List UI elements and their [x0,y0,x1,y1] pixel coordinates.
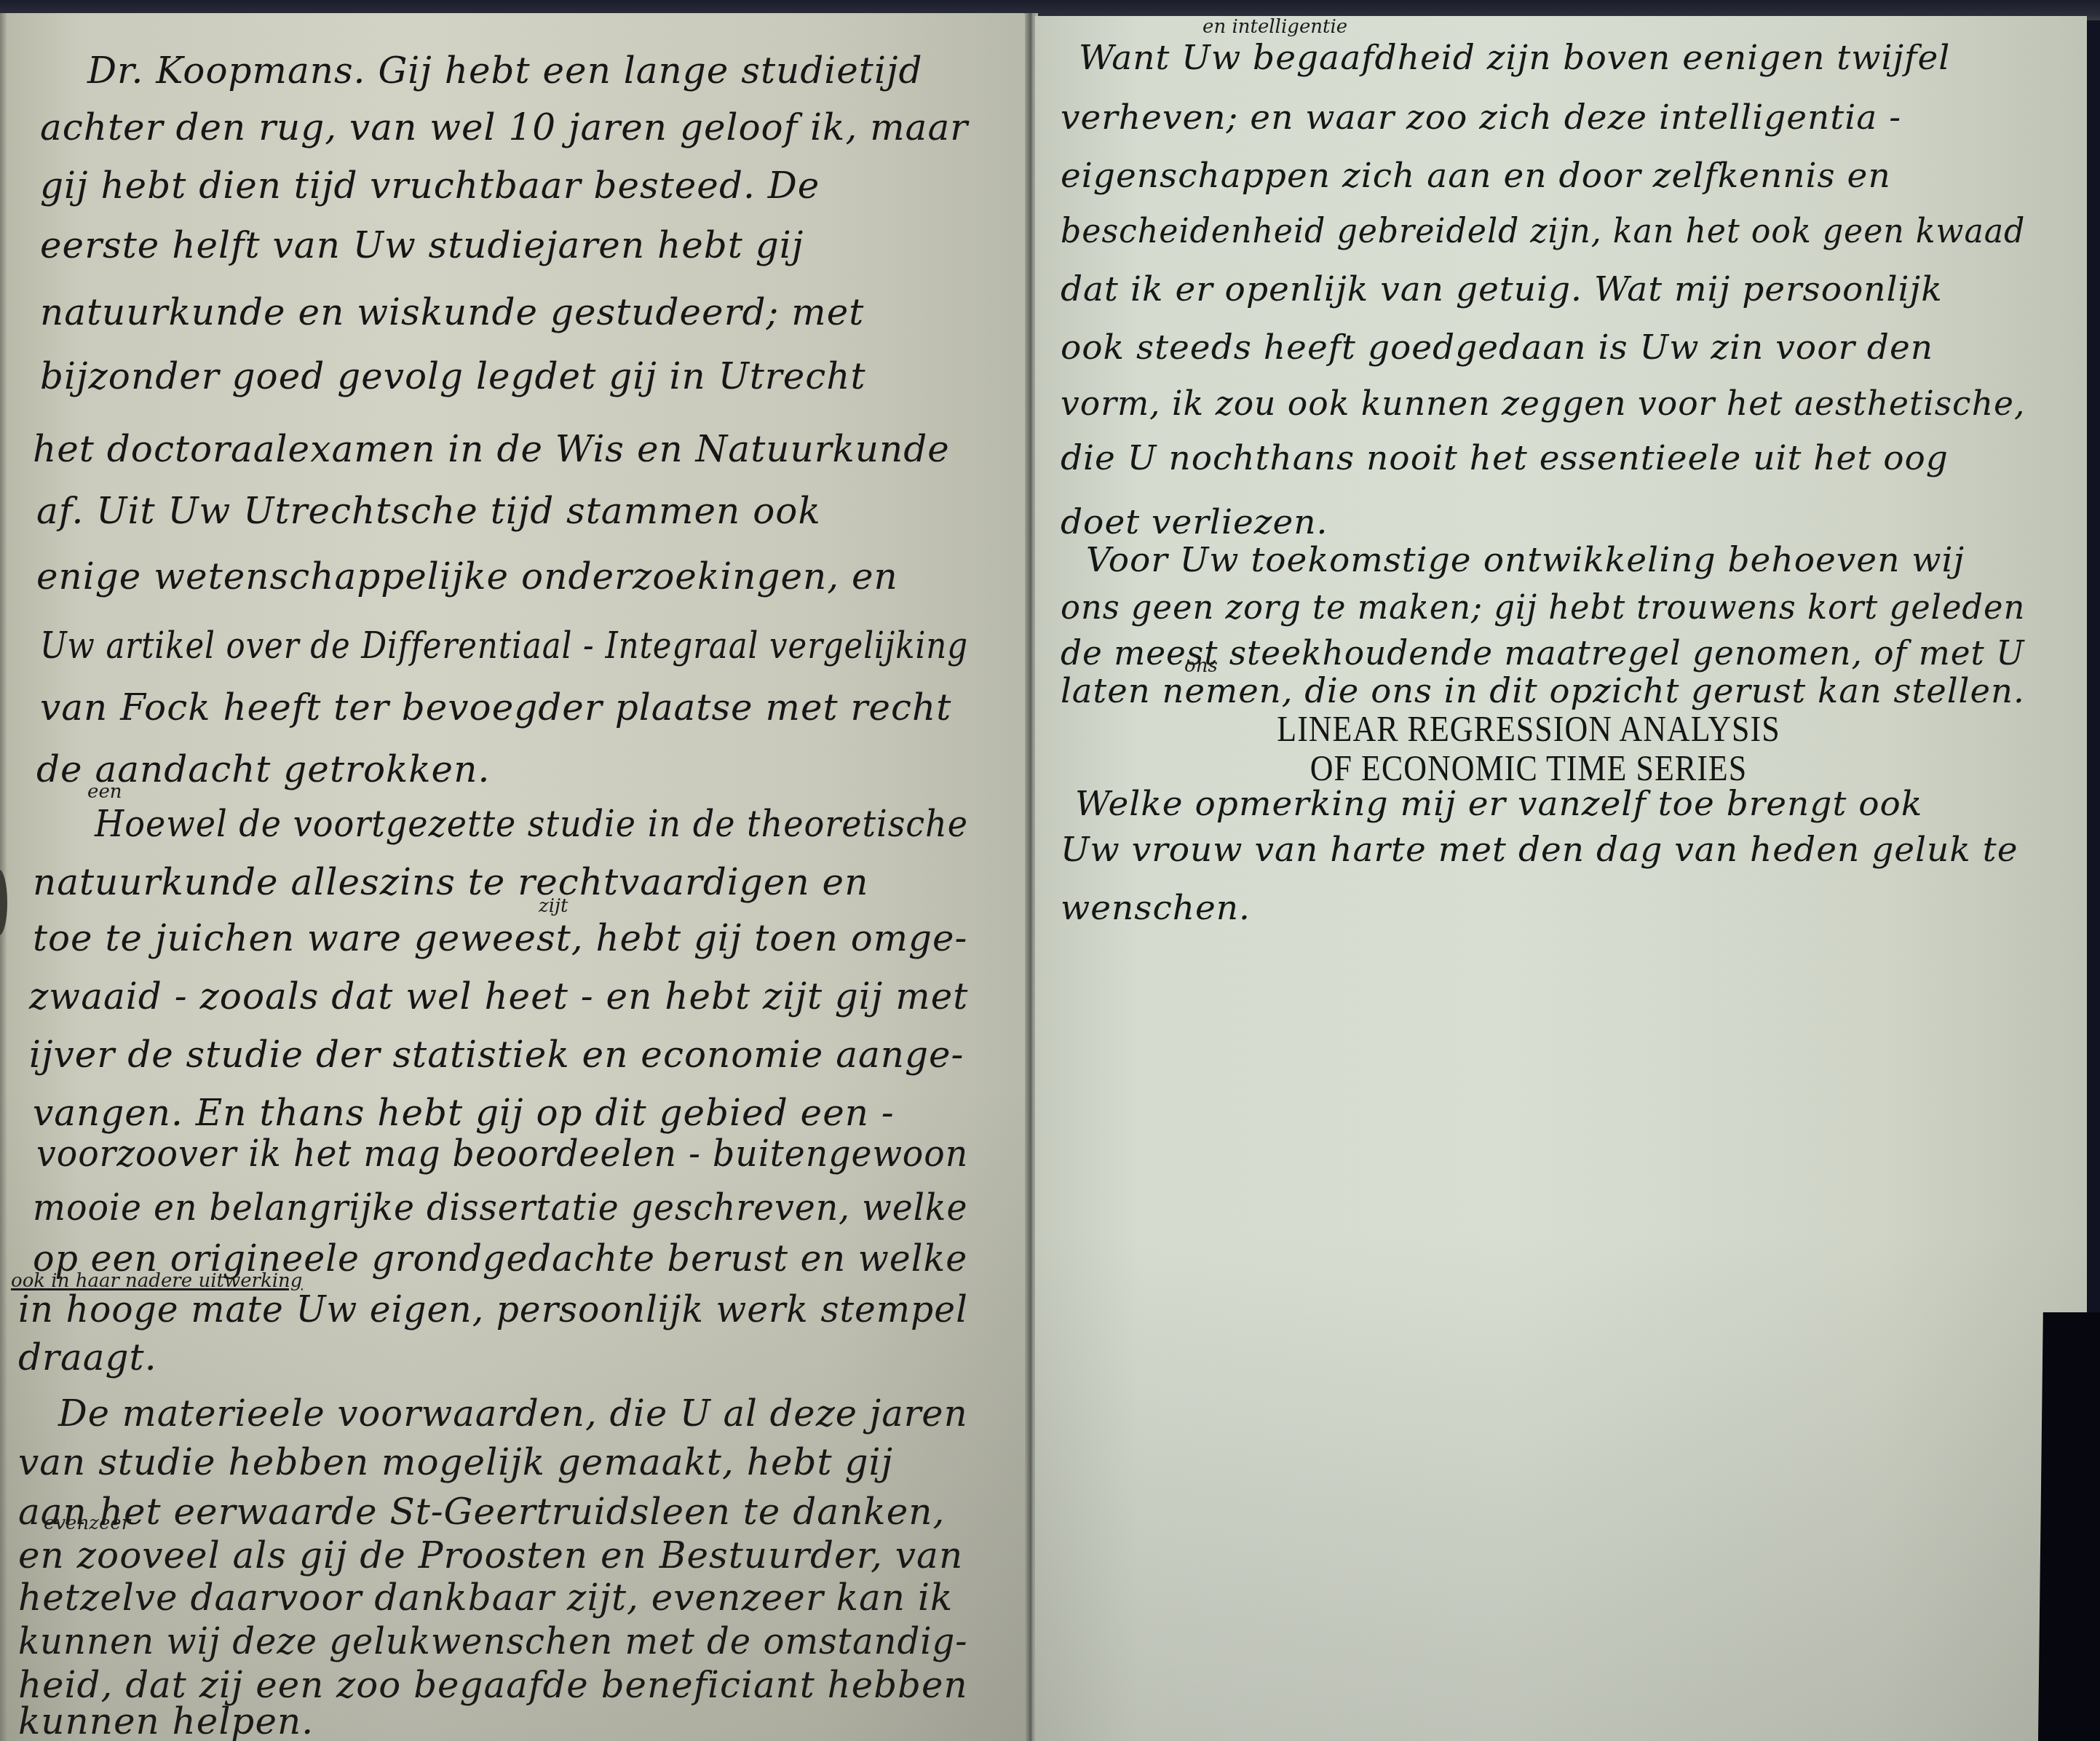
left-line-3: gij hebt dien tijd vruchtbaar besteed. D… [40,164,820,207]
left-line-15: toe te juichen ware geweest, hebt gij to… [33,917,967,959]
right-page: en intelligentie Want Uw begaafdheid zij… [1035,16,2087,1741]
left-line-22: in hooge mate Uw eigen, persoonlijk werk… [18,1288,968,1330]
left-line-23: draagt. [18,1336,157,1379]
left-line-18: vangen. En thans hebt gij op dit gebied … [33,1092,895,1134]
right-line-3: eigenschappen zich aan en door zelfkenni… [1061,156,1891,196]
book-cover-corner [2038,1312,2100,1741]
left-line-26: aan het eerwaarde St-Geertruidsleen te d… [18,1491,945,1533]
left-line-31: kunnen helpen. [18,1700,314,1741]
right-line-1: Want Uw begaafdheid zijn boven eenigen t… [1079,38,1950,78]
insertion-een: een [87,781,122,803]
right-line-16: wenschen. [1061,888,1251,928]
left-line-28: hetzelve daarvoor dankbaar zijt, evenzee… [18,1577,953,1619]
right-line-7: vorm, ik zou ook kunnen zeggen voor het … [1061,384,2025,424]
left-line-27: en zooveel als gij de Proosten en Bestuu… [18,1534,963,1577]
right-line-6: ook steeds heeft goedgedaan is Uw zin vo… [1061,328,1933,368]
right-line-15: Uw vrouw van harte met den dag van heden… [1061,830,2018,870]
left-line-25: van studie hebben mogelijk gemaakt, hebt… [18,1441,893,1483]
printed-title-line-1: LINEAR REGRESSION ANALYSIS [1252,707,1805,752]
right-line-13: laten nemen, die ons in dit opzicht geru… [1061,671,2025,711]
left-line-24: De materieele voorwaarden, die U al deze… [58,1392,968,1435]
right-line-9: doet verliezen. [1061,502,1328,542]
left-line-5: natuurkunde en wiskunde gestudeerd; met [40,291,864,333]
printed-title-line-2: OF ECONOMIC TIME SERIES [1252,746,1805,791]
left-line-17: ijver de studie der statistiek en econom… [29,1034,964,1076]
right-line-2: verheven; en waar zoo zich deze intellig… [1061,98,1901,138]
right-line-11: ons geen zorg te maken; gij hebt trouwen… [1061,587,2025,627]
left-line-8: af. Uit Uw Utrechtsche tijd stammen ook [36,490,821,532]
left-line-1: Dr. Koopmans. Gij hebt een lange studiet… [87,49,922,92]
left-line-19: voorzoover ik het mag beoordeelen - buit… [36,1133,968,1175]
left-line-9: enige wetenschappelijke onderzoekingen, … [36,555,898,598]
insertion-evenzeer: evenzeer [44,1512,130,1534]
left-line-6: bijzonder goed gevolg legdet gij in Utre… [40,355,866,397]
right-line-5: dat ik er openlijk van getuig. Wat mij p… [1061,269,1943,309]
left-line-14: natuurkunde alleszins te rechtvaardigen … [33,861,868,903]
left-line-2: achter den rug, van wel 10 jaren geloof … [40,106,968,148]
right-line-8: die U nochthans nooit het essentieele ui… [1061,438,1949,478]
left-line-11: van Fock heeft ter bevoegder plaatse met… [40,686,951,729]
right-line-4: bescheidenheid gebreideld zijn, kan het … [1061,211,2025,251]
insertion-en-intelligentie: en intelligentie [1202,16,1347,38]
left-page: Dr. Koopmans. Gij hebt een lange studiet… [0,13,1028,1741]
left-line-13: Hoewel de voortgezette studie in de theo… [95,803,968,845]
left-line-7: het doctoraalexamen in de Wis en Natuurk… [33,428,950,470]
left-line-29: kunnen wij deze gelukwenschen met de oms… [18,1620,968,1662]
left-line-16: zwaaid - zooals dat wel heet - en hebt z… [29,975,968,1018]
left-line-10: Uw artikel over de Differentiaal - Integ… [40,624,968,667]
printed-book-title: LINEAR REGRESSION ANALYSIS OF ECONOMIC T… [1252,710,1805,788]
right-line-10: Voor Uw toekomstige ontwikkeling behoeve… [1086,540,1965,580]
left-line-20: mooie en belangrijke dissertatie geschre… [33,1186,967,1229]
book-spread: Dr. Koopmans. Gij hebt een lange studiet… [0,0,2100,1741]
insertion-zijt: zijt [539,895,568,917]
left-line-4: eerste helft van Uw studiejaren hebt gij [40,224,804,266]
